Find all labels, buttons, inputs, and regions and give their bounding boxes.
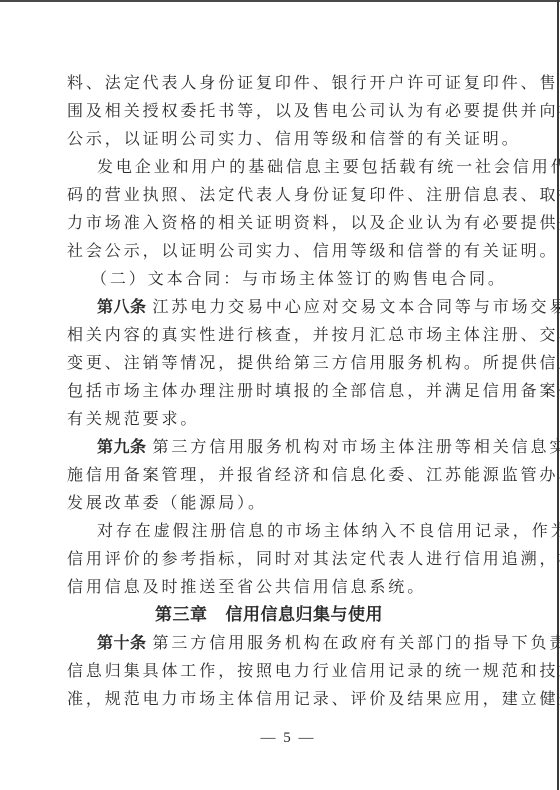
text-line: （二）文本合同：与市场主体签订的购售电合同。 [67, 265, 487, 293]
text-line: 力市场准入资格的相关证明资料，以及企业认为有必要提供并向 [67, 209, 487, 237]
article-text: 第三方信用服务机构对市场主体注册等相关信息实 [153, 437, 560, 456]
article-9: 第九条第三方信用服务机构对市场主体注册等相关信息实 施信用备案管理，并报省经济和… [67, 433, 487, 517]
scan-border-top [0, 0, 560, 2]
text-line: 围及相关授权委托书等，以及售电公司认为有必要提供并向社会 [67, 97, 487, 125]
text-line: 发展改革委（能源局）。 [67, 489, 487, 517]
article-label: 第九条 [97, 437, 147, 456]
text-line: 包括市场主体办理注册时填报的全部信息，并满足信用备案信息 [67, 377, 487, 405]
chapter-title: 信用信息归集与使用 [226, 605, 384, 625]
text-line: 信用评价的参考指标，同时对其法定代表人进行信用追溯，相关 [67, 545, 487, 573]
paragraph-false-registration: 对存在虚假注册信息的市场主体纳入不良信用记录，作为 信用评价的参考指标，同时对其… [67, 517, 487, 601]
text-line: 料、法定代表人身份证复印件、银行开户许可证复印件、售电范 [67, 69, 487, 97]
text-line: 信息归集具体工作，按照电力行业信用记录的统一规范和技术标 [67, 657, 487, 685]
text-line: 第九条第三方信用服务机构对市场主体注册等相关信息实 [67, 433, 487, 461]
article-text: 第三方信用服务机构在政府有关部门的指导下负责 [153, 633, 560, 652]
article-10: 第十条第三方信用服务机构在政府有关部门的指导下负责 信息归集具体工作，按照电力行… [67, 629, 487, 713]
text-line: 码的营业执照、法定代表人身份证复印件、注册信息表、取得电 [67, 181, 487, 209]
text-line: 发电企业和用户的基础信息主要包括载有统一社会信用代 [67, 153, 487, 181]
chapter-number: 第三章 [155, 605, 208, 625]
text-line: 变更、注销等情况，提供给第三方信用服务机构。所提供信息应 [67, 349, 487, 377]
text-line: 公示，以证明公司实力、信用等级和信誉的有关证明。 [67, 125, 487, 153]
article-label: 第十条 [97, 633, 147, 652]
text-line: 施信用备案管理，并报省经济和信息化委、江苏能源监管办、省 [67, 461, 487, 489]
text-line: 第十条第三方信用服务机构在政府有关部门的指导下负责 [67, 629, 487, 657]
text-line: 社会公示，以证明公司实力、信用等级和信誉的有关证明。 [67, 237, 487, 265]
article-label: 第八条 [97, 297, 147, 316]
paragraph-continuation: 料、法定代表人身份证复印件、银行开户许可证复印件、售电范 围及相关授权委托书等，… [67, 69, 487, 153]
chapter-heading: 第三章信用信息归集与使用 [59, 601, 479, 629]
text-line: 准，规范电力市场主体信用记录、评价及结果应用，建立健全各 [67, 685, 487, 713]
text-line: 对存在虚假注册信息的市场主体纳入不良信用记录，作为 [67, 517, 487, 545]
article-text: 江苏电力交易中心应对交易文本合同等与市场交易 [153, 297, 560, 316]
paragraph-text-contract: （二）文本合同：与市场主体签订的购售电合同。 [67, 265, 487, 293]
page-number: — 5 — [0, 730, 560, 747]
paragraph-basic-info: 发电企业和用户的基础信息主要包括载有统一社会信用代 码的营业执照、法定代表人身份… [67, 153, 487, 265]
text-line: 有关规范要求。 [67, 405, 487, 433]
text-line: 相关内容的真实性进行核查，并按月汇总市场主体注册、交易、 [67, 321, 487, 349]
text-line: 第八条江苏电力交易中心应对交易文本合同等与市场交易 [67, 293, 487, 321]
document-page: 料、法定代表人身份证复印件、银行开户许可证复印件、售电范 围及相关授权委托书等，… [67, 69, 487, 713]
article-8: 第八条江苏电力交易中心应对交易文本合同等与市场交易 相关内容的真实性进行核查，并… [67, 293, 487, 433]
text-line: 信用信息及时推送至省公共信用信息系统。 [67, 573, 487, 601]
